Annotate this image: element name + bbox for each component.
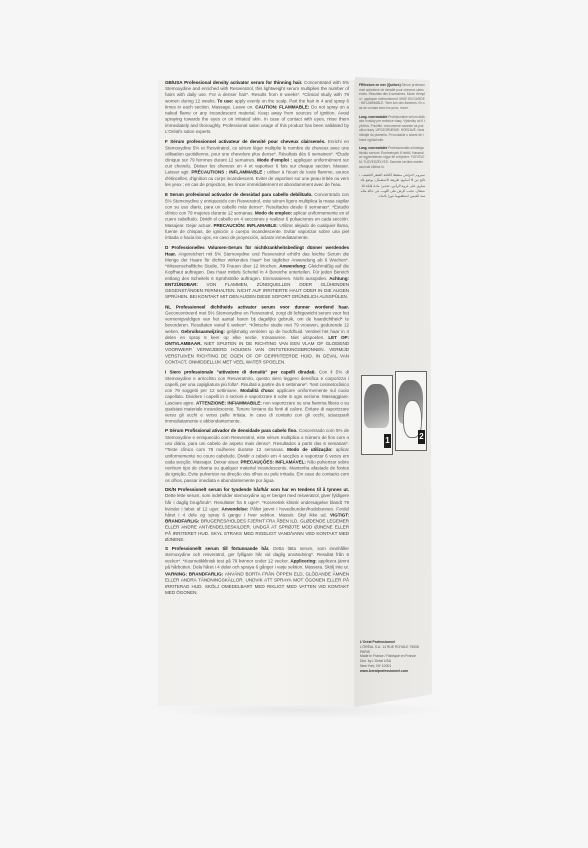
lang-block-s: S Professionellt serum till förtunnande … (165, 546, 349, 595)
usage-label: Modalità d'uso: (240, 388, 277, 393)
usage-label: Modo de empleo: (255, 210, 294, 215)
block-title: Sérum professionnel activateur de densit… (170, 139, 328, 144)
legal-info: L'Oréal Professionnel L'ORÉAL S.A. 14 RU… (360, 640, 424, 674)
block-title: Professioneel dichtheids activator serum… (176, 304, 349, 309)
usage-label: Anvendelse: (221, 506, 250, 511)
side-block: Lang. nonreadable Professzionális sűrűsé… (359, 146, 425, 169)
warning-label: PRÉCAUTIONS : INFLAMMABLE : (191, 170, 267, 175)
step-number-badge: 2 (418, 430, 425, 444)
warning-label: CAUTION: FLAMMABLE: (255, 105, 311, 110)
usage-label: Applicering: (290, 559, 318, 564)
carton-side-panel: FR/lecture en mer (Québec) Sérum profess… (355, 77, 432, 707)
warning-label: ATTENZIONE: INFIAMMABILE: (196, 400, 263, 405)
usage-label: To use: (217, 98, 235, 103)
block-title: Professionelt serum for tyndende hår/hår… (178, 487, 349, 492)
block-title: Sérum Profissional ativador de densidade… (169, 428, 298, 433)
usage-label: Mode d'emploi : (257, 157, 293, 162)
warning-label: PRECAUCIÓN: INFLAMABLE: (213, 223, 279, 228)
side-instructions: FR/lecture en mer (Québec) Sérum profess… (359, 83, 425, 203)
usage-label: Gebruiksaanwijzing: (181, 329, 227, 334)
side-block-head: Lang. nonreadable (359, 146, 388, 150)
side-block-head: FR/lecture en mer (Québec) (359, 83, 402, 87)
hair-drawing-icon (364, 384, 389, 428)
usage-illustration-step-1: 1 (361, 375, 393, 455)
side-block-body: Profesionálne sérum aktivátor hustoty pr… (359, 115, 425, 142)
side-block: Lang. nonreadable Profesionálne sérum ak… (359, 115, 425, 143)
lang-code: NL (165, 304, 176, 309)
carton-front-panel: GB/USA Professional density activator se… (158, 80, 355, 706)
warning-label: VARNING: BRANDFARLIG: (165, 571, 225, 576)
warning-label: PRECAUÇÕES: INFLAMÁVEL: (241, 459, 308, 464)
lang-block-dk-n: DK/N Professionelt serum for tyndende hå… (165, 487, 349, 543)
block-title: Professionellt serum till förtunnande hå… (172, 546, 273, 551)
side-block-body: Sérum professionnel activateur de densit… (359, 83, 425, 110)
usage-label: Anwendung: (279, 263, 308, 268)
lang-code: DK/N (165, 487, 178, 492)
lang-block-gb-usa: GB/USA Professional density activator se… (165, 80, 349, 135)
side-block: FR/lecture en mer (Québec) Sérum profess… (359, 83, 425, 111)
block-title: Serum profesional activador de densidad … (170, 192, 314, 197)
side-block-head: Lang. nonreadable (359, 115, 388, 119)
legal-line: L'ORÉAL S.A. 14 RUE ROYALE 75008 PARIS (360, 645, 424, 655)
product-photo: GB/USA Professional density activator se… (0, 0, 588, 848)
block-title: Siero professionale "attivatore di densi… (170, 369, 319, 374)
lang-block-d: D Professionelles Volumen-Serum für nich… (165, 245, 349, 301)
lang-code: S (165, 546, 172, 551)
arabic-text-block: سيروم احترافي منشط لكثافة الشعر الخفيف. … (359, 173, 425, 199)
usage-label: Modo de utilização: (287, 447, 336, 452)
lang-block-nl: NL Professioneel dichtheids activator se… (165, 304, 349, 366)
usage-illustration-step-2: 2 (395, 371, 427, 451)
lang-code: GB/USA (165, 80, 184, 85)
lang-block-i: I Siero professionale "attivatore di den… (165, 369, 349, 425)
lang-block-e: E Serum profesional activador de densida… (165, 192, 349, 241)
legal-website: www.lorealprofessionnel.com (360, 669, 424, 674)
lang-block-f: F Sérum professionnel activateur de dens… (165, 139, 349, 188)
multilingual-instructions: GB/USA Professional density activator se… (165, 80, 349, 599)
block-title: Professional density activator serum for… (184, 80, 304, 85)
step-number-badge: 1 (384, 434, 391, 448)
lang-block-p: P Sérum Profissional ativador de densida… (165, 428, 349, 484)
